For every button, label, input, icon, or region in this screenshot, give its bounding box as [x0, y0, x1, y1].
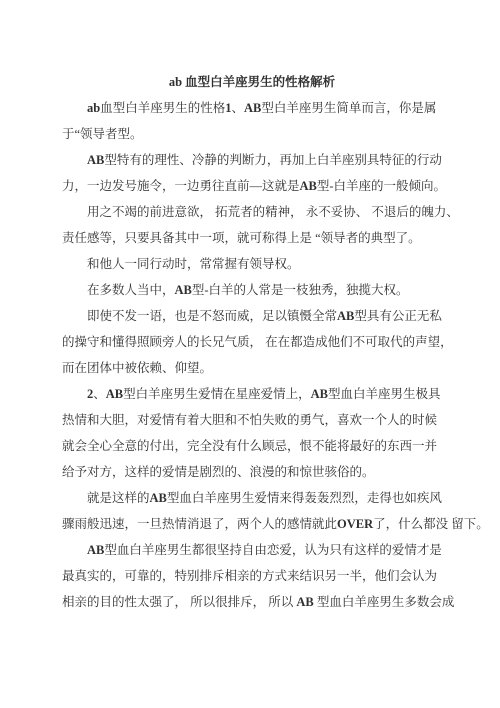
text-line: 骤雨般迅速，一旦热情消退了，两个人的感情就此OVER了，什么都没 留下。 — [62, 511, 442, 537]
text-line: 在多数人当中，AB型-白羊的人常是一枝独秀，独揽大权。 — [62, 277, 442, 303]
text-line: 热情和大胆，对爱情有着大胆和不怕失败的勇气，喜欢一个人的时候 — [62, 407, 442, 433]
text-line: 和他人一同行动时，常常握有领导权。 — [62, 251, 442, 277]
text-line: 就是这样的AB型血白羊座男生爱情来得轰轰烈烈，走得也如疾风 — [62, 485, 442, 511]
text-line: 2、AB型白羊座男生爱情在星座爱情上，AB型血白羊座男生极具 — [62, 381, 442, 407]
text-line: ab血型白羊座男生的性格1、AB型白羊座男生简单而言，你是属 — [62, 95, 442, 121]
text-line: AB型血白羊座男生都很坚持自由恋爱，认为只有这样的爱情才是 — [62, 537, 442, 563]
text-line: 用之不竭的前进意欲， 拓荒者的精神， 永不妥协、 不退后的魄力、 — [62, 199, 442, 225]
text-line: 责任感等，只要具备其中一项，就可称得上是 “领导者的典型了。 — [62, 225, 442, 251]
text-line: 相亲的目的性太强了， 所以很排斥， 所以 AB 型血白羊座男生多数会成 — [62, 589, 442, 615]
text-line: 最真实的，可靠的，特别排斥相亲的方式来结识另一半，他们会认为 — [62, 563, 442, 589]
text-line: 就会全心全意的付出，完全没有什么顾忌，恨不能将最好的东西一并 — [62, 433, 442, 459]
text-line: AB型特有的理性、冷静的判断力，再加上白羊座别具特征的行动 — [62, 147, 442, 173]
text-line: 即使不发一语，也是不怒而威，足以镇慑全常AB型具有公正无私 — [62, 303, 442, 329]
text-line: 于“领导者型。 — [62, 121, 442, 147]
text-line: 的操守和懂得照顾旁人的长兄气质， 在在都造成他们不可取代的声望， — [62, 329, 442, 355]
document-page: ab 血型白羊座男生的性格解析 ab血型白羊座男生的性格1、AB型白羊座男生简单… — [0, 0, 500, 708]
text-line: 而在团体中被依赖、仰望。 — [62, 355, 442, 381]
text-line: 力，一边发号施令，一边勇往直前—这就是AB型-白羊座的一般倾向。 — [62, 173, 442, 199]
text-line: 给予对方，这样的爱情是剧烈的、浪漫的和惊世骇俗的。 — [62, 459, 442, 485]
document-title: ab 血型白羊座男生的性格解析 — [62, 69, 442, 95]
